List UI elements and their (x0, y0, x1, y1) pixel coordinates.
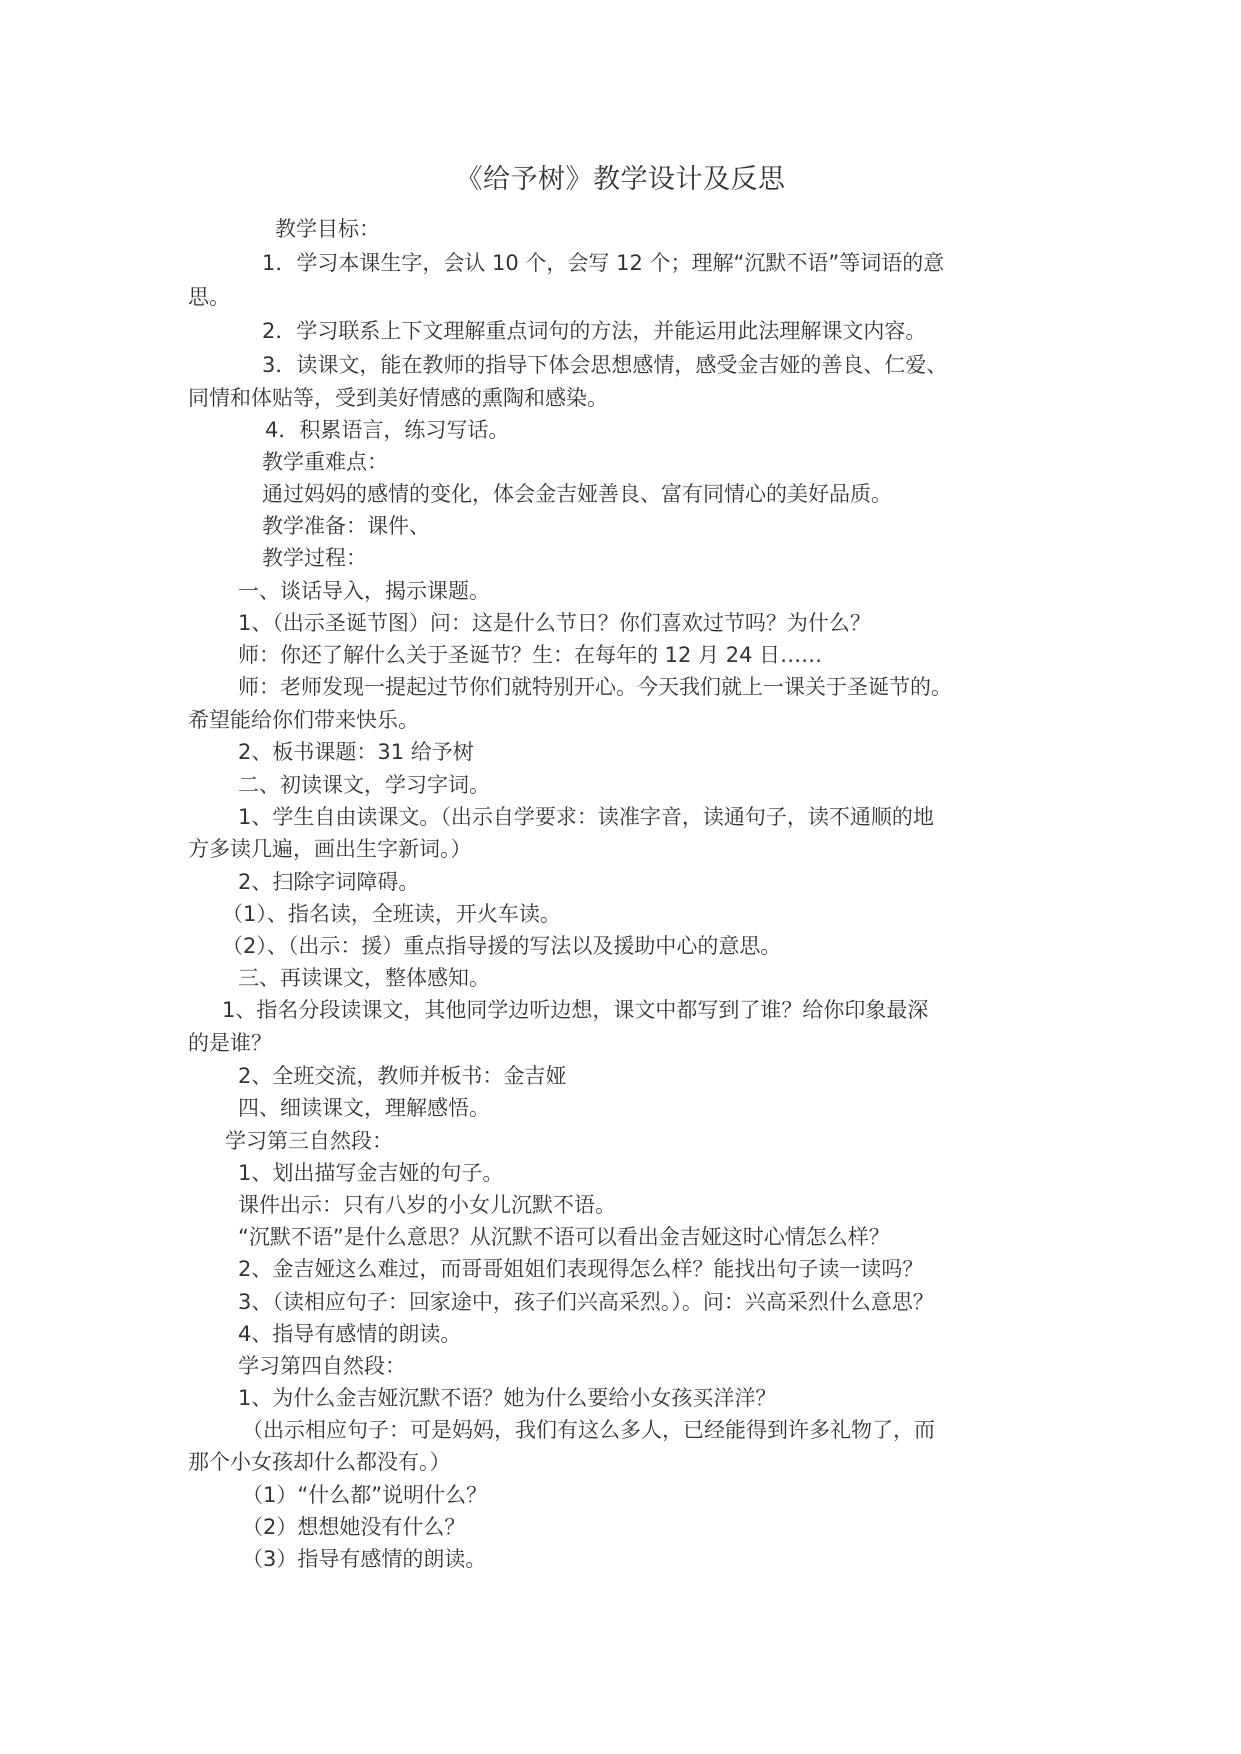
paragraph-line: 1、为什么金吉娅沉默不语？她为什么要给小女孩买洋洋？ (238, 1383, 776, 1413)
paragraph-line: （2）、（出示：援）重点指导援的写法以及援助中心的意思。 (222, 931, 781, 961)
paragraph-line: 一、谈话导入，揭示课题。 (238, 576, 490, 606)
paragraph-line: 方多读几遍，画出生字新词。） (188, 834, 472, 864)
paragraph-line: 四、细读课文，理解感悟。 (238, 1093, 490, 1123)
paragraph-line: （出示相应句子：可是妈妈，我们有这么多人，已经能得到许多礼物了，而 (242, 1415, 935, 1445)
paragraph-line: 1、（出示圣诞节图）问：这是什么节日？你们喜欢过节吗？为什么？ (238, 608, 871, 638)
paragraph-line: 2、金吉娅这么难过，而哥哥姐姐们表现得怎么样？能找出句子读一读吗？ (238, 1254, 923, 1284)
document-title: 《给予树》教学设计及反思 (0, 162, 1241, 198)
paragraph-line: （1）“什么都”说明什么？ (242, 1480, 487, 1510)
paragraph-line: 希望能给你们带来快乐。 (188, 705, 419, 735)
paragraph-line: 教学目标： (275, 214, 380, 244)
paragraph-line: 2、扫除字词障碍。 (238, 867, 419, 897)
paragraph-line: 课件出示：只有八岁的小女儿沉默不语。 (238, 1190, 616, 1220)
paragraph-line: 2．学习联系上下文理解重点词句的方法，并能运用此法理解课文内容。 (262, 316, 926, 346)
paragraph-line: 教学过程： (262, 543, 367, 573)
paragraph-line: 教学重难点： (262, 447, 388, 477)
paragraph-line: （3）指导有感情的朗读。 (242, 1544, 486, 1574)
paragraph-line: 2、板书课题：31 给予树 (238, 737, 474, 767)
paragraph-line: 同情和体贴等，受到美好情感的熏陶和感染。 (188, 383, 608, 413)
paragraph-line: 的是谁？ (188, 1028, 272, 1058)
paragraph-line: 师：老师发现一提起过节你们就特别开心。今天我们就上一课关于圣诞节的。 (238, 672, 952, 702)
paragraph-line: 二、初读课文，学习字词。 (238, 770, 490, 800)
paragraph-line: 1．学习本课生字，会认 10 个，会写 12 个；理解“沉默不语”等词语的意 (262, 248, 944, 278)
paragraph-line: 教学准备：课件、 (262, 511, 430, 541)
paragraph-line: 2、全班交流，教师并板书：金吉娅 (238, 1061, 566, 1091)
paragraph-line: 4．积累语言，练习写话。 (265, 415, 509, 445)
paragraph-line: 3．读课文，能在教师的指导下体会思想感情，感受金吉娅的善良、仁爱、 (262, 350, 947, 380)
paragraph-line: 3、（读相应句子：回家途中，孩子们兴高采烈。）。问：兴高采烈什么意思？ (238, 1287, 934, 1317)
paragraph-line: 1、指名分段读课文，其他同学边听边想，课文中都写到了谁？给你印象最深 (222, 995, 928, 1025)
paragraph-line: （2）想想她没有什么？ (242, 1512, 465, 1542)
paragraph-line: 那个小女孩却什么都没有。） (188, 1447, 451, 1477)
paragraph-line: 学习第四自然段： (238, 1351, 406, 1381)
paragraph-line: 1、划出描写金吉娅的句子。 (238, 1158, 503, 1188)
paragraph-line: （1）、指名读，全班读，开火车读。 (222, 899, 561, 929)
paragraph-line: 学习第三自然段： (225, 1126, 393, 1156)
paragraph-line: 师：你还了解什么关于圣诞节？生：在每年的 12 月 24 日…… (238, 640, 822, 670)
paragraph-line: 三、再读课文，整体感知。 (238, 963, 490, 993)
paragraph-line: 思。 (188, 282, 230, 312)
paragraph-line: “沉默不语”是什么意思？从沉默不语可以看出金吉娅这时心情怎么样？ (238, 1222, 890, 1252)
document-page: 《给予树》教学设计及反思 教学目标：1．学习本课生字，会认 10 个，会写 12… (0, 0, 1241, 1754)
paragraph-line: 1、学生自由读课文。（出示自学要求：读准字音，读通句子，读不通顺的地 (238, 802, 934, 832)
paragraph-line: 通过妈妈的感情的变化，体会金吉娅善良、富有同情心的美好品质。 (262, 479, 892, 509)
paragraph-line: 4、指导有感情的朗读。 (238, 1319, 461, 1349)
